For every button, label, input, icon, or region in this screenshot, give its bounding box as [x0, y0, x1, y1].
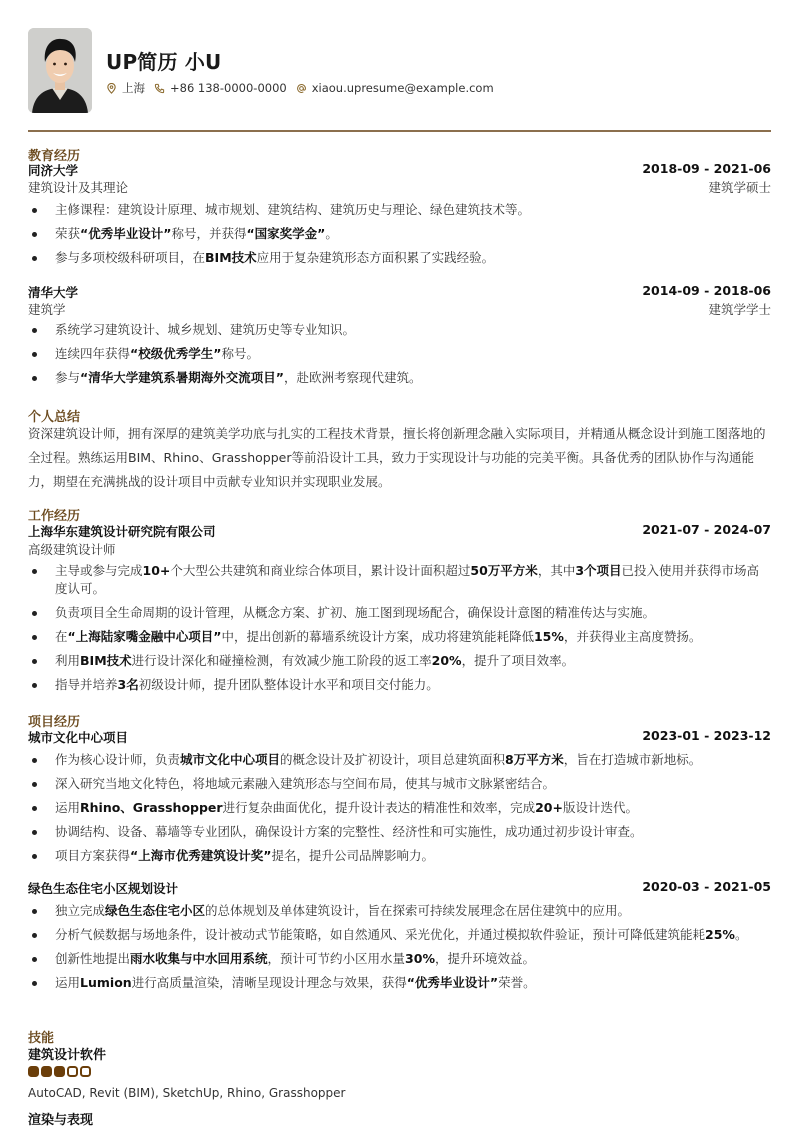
skill-description: AutoCAD, Revit (BIM), SketchUp, Rhino, G…: [28, 1086, 345, 1100]
project-name: 绿色生态住宅小区规划设计: [28, 879, 178, 897]
resume-header: UP简历 小U 上海 +86 138-0000-0000 xiaou.upres…: [28, 28, 771, 114]
skill-dot-icon: [80, 1066, 91, 1077]
bullet-item: 独立完成绿色生态住宅小区的总体规划及单体建筑设计，旨在探索可持续发展理念在居住建…: [28, 902, 771, 920]
major: 建筑学: [28, 302, 66, 317]
education-item-2-bullets: 系统学习建筑设计、城乡规划、建筑历史等专业知识。 连续四年获得“校级优秀学生”称…: [28, 321, 771, 393]
project-date: 2023-01 - 2023-12: [642, 728, 771, 743]
company-name: 上海华东建筑设计研究院有限公司: [28, 522, 216, 540]
bullet-item: 项目方案获得“上海市优秀建筑设计奖”提名，提升公司品牌影响力。: [28, 847, 771, 865]
bullet-item: 参与“清华大学建筑系暑期海外交流项目”，赴欧洲考察现代建筑。: [28, 369, 771, 387]
bullet-item: 指导并培养3名初级设计师，提升团队整体设计水平和项目交付能力。: [28, 676, 771, 694]
project-date: 2020-03 - 2021-05: [642, 879, 771, 894]
skill-dot-icon: [54, 1066, 65, 1077]
email-link[interactable]: xiaou.upresume@example.com: [312, 81, 494, 95]
bullet-item: 创新性地提出雨水收集与中水回用系统，预计可节约小区用水量30%，提升环境效益。: [28, 950, 771, 968]
degree: 建筑学硕士: [708, 178, 771, 196]
education-date: 2014-09 - 2018-06: [642, 283, 771, 298]
skill-name: 建筑设计软件: [28, 1044, 106, 1063]
bullet-item: 连续四年获得“校级优秀学生”称号。: [28, 345, 771, 363]
education-date: 2018-09 - 2021-06: [642, 161, 771, 176]
candidate-name: UP简历 小U: [106, 46, 222, 75]
education-item-2-sub: 建筑学 建筑学学士: [28, 300, 771, 318]
bullet-item: 分析气候数据与场地条件，设计被动式节能策略，如自然通风、采光优化，并通过模拟软件…: [28, 926, 771, 944]
location-text: 上海: [122, 80, 145, 96]
skill-dot-icon: [28, 1066, 39, 1077]
bullet-item: 协调结构、设备、幕墙等专业团队，确保设计方案的完整性、经济性和可实施性，成功通过…: [28, 823, 771, 841]
education-item-1-bullets: 主修课程：建筑设计原理、城市规划、建筑结构、建筑历史与理论、绿色建筑技术等。 荣…: [28, 201, 771, 273]
bullet-item: 荣获“优秀毕业设计”称号，并获得“国家奖学金”。: [28, 225, 771, 243]
work-item-1-bullets: 主导或参与完成10+个大型公共建筑和商业综合体项目，累计设计面积超过50万平方米…: [28, 562, 771, 700]
bullet-item: 主导或参与完成10+个大型公共建筑和商业综合体项目，累计设计面积超过50万平方米…: [28, 562, 771, 598]
bullet-item: 作为核心设计师，负责城市文化中心项目的概念设计及扩初设计，项目总建筑面积8万平方…: [28, 751, 771, 769]
header-divider: [28, 130, 771, 132]
summary-text: 资深建筑设计师，拥有深厚的建筑美学功底与扎实的工程技术背景，擅长将创新理念融入实…: [28, 422, 771, 494]
job-title: 高级建筑设计师: [28, 542, 116, 557]
bullet-item: 利用BIM技术进行设计深化和碰撞检测，有效减少施工阶段的返工率20%，提升了项目…: [28, 652, 771, 670]
bullet-item: 主修课程：建筑设计原理、城市规划、建筑结构、建筑历史与理论、绿色建筑技术等。: [28, 201, 771, 219]
work-item-1-sub: 高级建筑设计师: [28, 540, 771, 558]
education-item-1-sub: 建筑设计及其理论 建筑学硕士: [28, 178, 771, 196]
contact-location: 上海: [106, 80, 145, 96]
contact-phone: +86 138-0000-0000: [154, 81, 287, 95]
school-name: 同济大学: [28, 161, 78, 179]
contact-email[interactable]: xiaou.upresume@example.com: [296, 81, 494, 95]
bullet-item: 深入研究当地文化特色，将地域元素融入建筑形态与空间布局，使其与城市文脉紧密结合。: [28, 775, 771, 793]
bullet-item: 在“上海陆家嘴金融中心项目”中，提出创新的幕墙系统设计方案，成功将建筑能耗降低1…: [28, 628, 771, 646]
bullet-item: 运用Lumion进行高质量渲染，清晰呈现设计理念与效果，获得“优秀毕业设计”荣誉…: [28, 974, 771, 992]
degree: 建筑学学士: [708, 300, 771, 318]
skill-name: 渲染与表现: [28, 1109, 93, 1128]
project-name: 城市文化中心项目: [28, 728, 128, 746]
at-sign-icon: [296, 83, 307, 94]
project-item-2-bullets: 独立完成绿色生态住宅小区的总体规划及单体建筑设计，旨在探索可持续发展理念在居住建…: [28, 902, 771, 998]
avatar-photo: [28, 28, 92, 113]
skill-level-rating: [28, 1066, 93, 1077]
bullet-item: 系统学习建筑设计、城乡规划、建筑历史等专业知识。: [28, 321, 771, 339]
location-pin-icon: [106, 83, 117, 94]
bullet-item: 运用Rhino、Grasshopper进行复杂曲面优化，提升设计表达的精准性和效…: [28, 799, 771, 817]
phone-icon: [154, 83, 165, 94]
skill-dot-icon: [67, 1066, 78, 1077]
bullet-item: 负责项目全生命周期的设计管理，从概念方案、扩初、施工图到现场配合，确保设计意图的…: [28, 604, 771, 622]
school-name: 清华大学: [28, 283, 78, 301]
work-date: 2021-07 - 2024-07: [642, 522, 771, 537]
phone-text: +86 138-0000-0000: [170, 81, 287, 95]
skill-dot-icon: [41, 1066, 52, 1077]
contact-info: 上海 +86 138-0000-0000 xiaou.upresume@exam…: [106, 80, 503, 96]
bullet-item: 参与多项校级科研项目，在BIM技术应用于复杂建筑形态方面积累了实践经验。: [28, 249, 771, 267]
major: 建筑设计及其理论: [28, 180, 128, 195]
project-item-1-bullets: 作为核心设计师，负责城市文化中心项目的概念设计及扩初设计，项目总建筑面积8万平方…: [28, 751, 771, 871]
